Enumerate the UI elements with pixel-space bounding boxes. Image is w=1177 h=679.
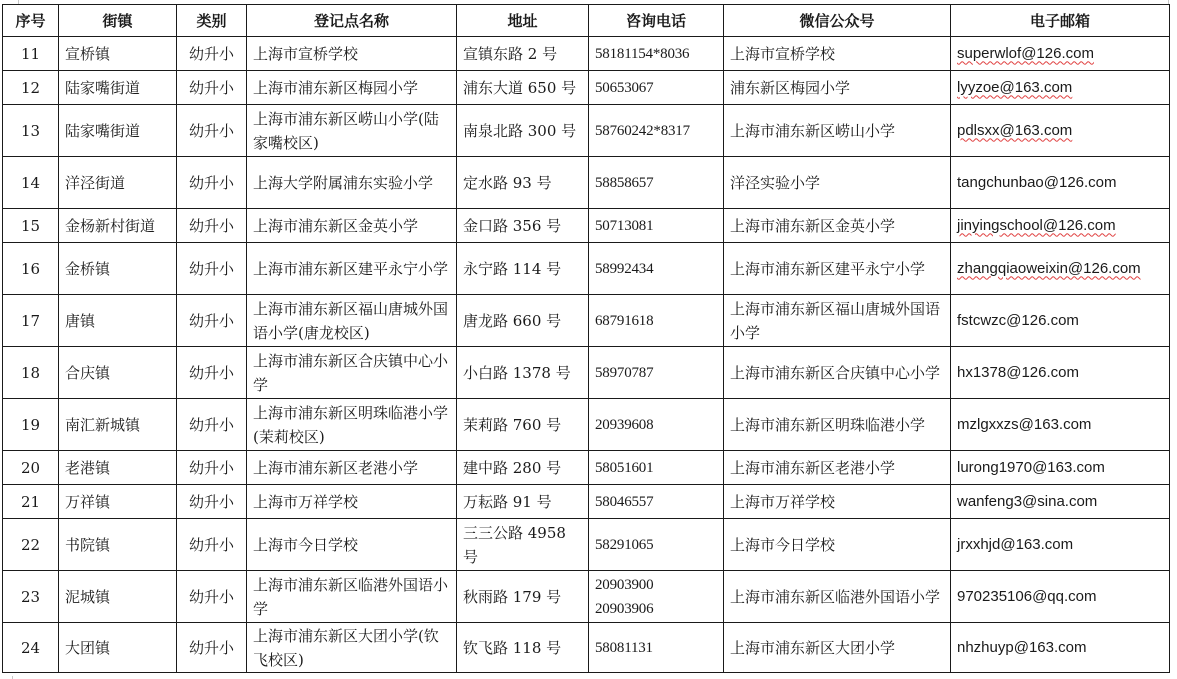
table-row: 16金桥镇幼升小上海市浦东新区建平永宁小学永宁路 114 号58992434上海… xyxy=(3,243,1170,295)
site-name-cell: 上海市浦东新区崂山小学(陆家嘴校区) xyxy=(247,105,457,157)
phone-cell-text: 50713081 xyxy=(595,218,653,234)
address-cell-text: 浦东大道 650 号 xyxy=(463,79,576,97)
type-cell: 幼升小 xyxy=(177,209,247,243)
site-name-cell-text: 上海市浦东新区崂山小学(陆家嘴校区) xyxy=(253,110,439,152)
wechat-cell-text: 上海市浦东新区老港小学 xyxy=(730,459,895,477)
address-cell: 小白路 1378 号 xyxy=(457,347,589,399)
email-cell: lyyzoe@163.com xyxy=(951,71,1170,105)
phone-cell: 58992434 xyxy=(589,243,724,295)
email-cell-text: 970235106@qq.com xyxy=(957,588,1097,605)
email-cell-text: lurong1970@163.com xyxy=(957,459,1105,476)
address-cell: 南泉北路 300 号 xyxy=(457,105,589,157)
site-name-cell: 上海市浦东新区金英小学 xyxy=(247,209,457,243)
address-cell: 宣镇东路 2 号 xyxy=(457,37,589,71)
row-number: 21 xyxy=(3,485,59,519)
wechat-cell: 上海市浦东新区大团小学 xyxy=(724,623,951,673)
site-name-cell-text: 上海市万祥学校 xyxy=(253,493,358,511)
row-number-text: 19 xyxy=(21,416,40,434)
row-number-text: 15 xyxy=(21,217,40,235)
wechat-cell: 上海市万祥学校 xyxy=(724,485,951,519)
email-cell: nhzhuyp@163.com xyxy=(951,623,1170,673)
type-cell-text: 幼升小 xyxy=(189,459,234,477)
address-cell: 浦东大道 650 号 xyxy=(457,71,589,105)
town-cell: 金桥镇 xyxy=(59,243,177,295)
site-name-cell: 上海市浦东新区老港小学 xyxy=(247,451,457,485)
site-name-cell-text: 上海市浦东新区建平永宁小学 xyxy=(253,260,448,278)
address-cell-text: 宣镇东路 2 号 xyxy=(463,45,557,63)
town-cell-text: 洋泾街道 xyxy=(65,174,125,192)
email-cell: jinyingschool@126.com xyxy=(951,209,1170,243)
wechat-cell: 上海市浦东新区建平永宁小学 xyxy=(724,243,951,295)
wechat-cell: 上海市浦东新区老港小学 xyxy=(724,451,951,485)
town-cell-text: 合庆镇 xyxy=(65,364,110,382)
phone-cell: 20939608 xyxy=(589,399,724,451)
phone-cell: 58046557 xyxy=(589,485,724,519)
row-number: 19 xyxy=(3,399,59,451)
type-cell-text: 幼升小 xyxy=(189,122,234,140)
town-cell: 南汇新城镇 xyxy=(59,399,177,451)
phone-cell: 58760242*8317 xyxy=(589,105,724,157)
site-name-cell-text: 上海市浦东新区梅园小学 xyxy=(253,79,418,97)
email-cell: zhangqiaoweixin@126.com xyxy=(951,243,1170,295)
email-cell: fstcwzc@126.com xyxy=(951,295,1170,347)
town-cell: 大团镇 xyxy=(59,623,177,673)
site-name-cell-text: 上海市浦东新区金英小学 xyxy=(253,217,418,235)
email-cell: wanfeng3@sina.com xyxy=(951,485,1170,519)
phone-cell-text: 58992434 xyxy=(595,261,653,277)
type-cell: 幼升小 xyxy=(177,451,247,485)
email-cell-text: tangchunbao@126.com xyxy=(957,174,1117,191)
town-cell: 书院镇 xyxy=(59,519,177,571)
row-number: 17 xyxy=(3,295,59,347)
email-cell-text: nhzhuyp@163.com xyxy=(957,639,1086,656)
type-cell-text: 幼升小 xyxy=(189,260,234,278)
address-cell-text: 茉莉路 760 号 xyxy=(463,416,561,434)
header-email: 电子邮箱 xyxy=(951,5,1170,37)
site-name-cell-text: 上海市浦东新区老港小学 xyxy=(253,459,418,477)
town-cell-text: 金杨新村街道 xyxy=(65,217,155,235)
header-type: 类别 xyxy=(177,5,247,37)
table-row: 14洋泾街道幼升小上海大学附属浦东实验小学定水路 93 号58858657洋泾实… xyxy=(3,157,1170,209)
row-number: 15 xyxy=(3,209,59,243)
row-number: 24 xyxy=(3,623,59,673)
phone-cell: 50653067 xyxy=(589,71,724,105)
header-address: 地址 xyxy=(457,5,589,37)
row-number: 18 xyxy=(3,347,59,399)
row-number-text: 11 xyxy=(21,45,40,63)
wechat-cell-text: 上海市浦东新区明珠临港小学 xyxy=(730,416,925,434)
address-cell-text: 秋雨路 179 号 xyxy=(463,588,561,606)
wechat-cell-text: 上海市浦东新区福山唐城外国语小学 xyxy=(730,300,940,342)
site-name-cell: 上海市宣桥学校 xyxy=(247,37,457,71)
table-row: 12陆家嘴街道幼升小上海市浦东新区梅园小学浦东大道 650 号50653067浦… xyxy=(3,71,1170,105)
wechat-cell-text: 上海市浦东新区金英小学 xyxy=(730,217,895,235)
wechat-cell: 上海市浦东新区金英小学 xyxy=(724,209,951,243)
email-cell: tangchunbao@126.com xyxy=(951,157,1170,209)
email-cell: pdlsxx@163.com xyxy=(951,105,1170,157)
row-number: 20 xyxy=(3,451,59,485)
type-cell-text: 幼升小 xyxy=(189,536,234,554)
row-number: 22 xyxy=(3,519,59,571)
registration-table: 序号 街镇 类别 登记点名称 地址 咨询电话 微信公众号 电子邮箱 11宣桥镇幼… xyxy=(2,4,1170,673)
address-cell-text: 南泉北路 300 号 xyxy=(463,122,576,140)
type-cell: 幼升小 xyxy=(177,485,247,519)
site-name-cell-text: 上海市浦东新区临港外国语小学 xyxy=(253,576,448,618)
wechat-cell-text: 上海市浦东新区临港外国语小学 xyxy=(730,588,940,606)
town-cell: 陆家嘴街道 xyxy=(59,71,177,105)
wechat-cell: 上海市浦东新区崂山小学 xyxy=(724,105,951,157)
type-cell-text: 幼升小 xyxy=(189,639,234,657)
site-name-cell-text: 上海市浦东新区合庆镇中心小学 xyxy=(253,352,448,394)
wechat-cell: 上海市浦东新区福山唐城外国语小学 xyxy=(724,295,951,347)
row-number: 16 xyxy=(3,243,59,295)
header-phone: 咨询电话 xyxy=(589,5,724,37)
header-site-name: 登记点名称 xyxy=(247,5,457,37)
phone-cell-text: 68791618 xyxy=(595,313,653,329)
site-name-cell-text: 上海市浦东新区大团小学(钦飞校区) xyxy=(253,627,439,669)
town-cell-text: 金桥镇 xyxy=(65,260,110,278)
type-cell-text: 幼升小 xyxy=(189,364,234,382)
type-cell-text: 幼升小 xyxy=(189,217,234,235)
phone-number: 20903900 xyxy=(595,573,717,597)
phone-cell: 58081131 xyxy=(589,623,724,673)
wechat-cell-text: 上海市浦东新区大团小学 xyxy=(730,639,895,657)
town-cell-text: 宣桥镇 xyxy=(65,45,110,63)
wechat-cell: 浦东新区梅园小学 xyxy=(724,71,951,105)
address-cell-text: 三三公路 4958 号 xyxy=(463,524,566,566)
row-number: 13 xyxy=(3,105,59,157)
phone-cell-text: 50653067 xyxy=(595,80,653,96)
table-row: 21万祥镇幼升小上海市万祥学校万耘路 91 号58046557上海市万祥学校wa… xyxy=(3,485,1170,519)
wechat-cell-text: 上海市浦东新区合庆镇中心小学 xyxy=(730,364,940,382)
wechat-cell: 上海市浦东新区临港外国语小学 xyxy=(724,571,951,623)
row-number-text: 23 xyxy=(21,588,40,606)
wechat-cell: 洋泾实验小学 xyxy=(724,157,951,209)
address-cell: 万耘路 91 号 xyxy=(457,485,589,519)
site-name-cell: 上海市浦东新区福山唐城外国语小学(唐龙校区) xyxy=(247,295,457,347)
row-number-text: 12 xyxy=(21,79,40,97)
wechat-cell-text: 上海市万祥学校 xyxy=(730,493,835,511)
header-no: 序号 xyxy=(3,5,59,37)
address-cell: 秋雨路 179 号 xyxy=(457,571,589,623)
row-number: 12 xyxy=(3,71,59,105)
phone-cell-text: 58291065 xyxy=(595,537,653,553)
row-number-text: 14 xyxy=(21,174,40,192)
town-cell-text: 大团镇 xyxy=(65,639,110,657)
phone-cell: 58858657 xyxy=(589,157,724,209)
wechat-cell-text: 上海市宣桥学校 xyxy=(730,45,835,63)
address-cell-text: 永宁路 114 号 xyxy=(463,260,561,278)
type-cell: 幼升小 xyxy=(177,571,247,623)
town-cell: 金杨新村街道 xyxy=(59,209,177,243)
wechat-cell: 上海市宣桥学校 xyxy=(724,37,951,71)
site-name-cell-text: 上海市浦东新区明珠临港小学(茉莉校区) xyxy=(253,404,448,446)
town-cell: 泥城镇 xyxy=(59,571,177,623)
type-cell: 幼升小 xyxy=(177,71,247,105)
phone-cell-text: 58046557 xyxy=(595,494,653,510)
town-cell: 老港镇 xyxy=(59,451,177,485)
type-cell: 幼升小 xyxy=(177,519,247,571)
email-cell: mzlgxxzs@163.com xyxy=(951,399,1170,451)
address-cell: 永宁路 114 号 xyxy=(457,243,589,295)
town-cell-text: 唐镇 xyxy=(65,312,95,330)
site-name-cell: 上海市浦东新区梅园小学 xyxy=(247,71,457,105)
table-row: 23泥城镇幼升小上海市浦东新区临港外国语小学秋雨路 179 号209039002… xyxy=(3,571,1170,623)
row-number-text: 24 xyxy=(21,639,40,657)
address-cell-text: 金口路 356 号 xyxy=(463,217,561,235)
phone-cell: 58051601 xyxy=(589,451,724,485)
type-cell: 幼升小 xyxy=(177,243,247,295)
row-number-text: 22 xyxy=(21,536,40,554)
type-cell: 幼升小 xyxy=(177,623,247,673)
header-wechat: 微信公众号 xyxy=(724,5,951,37)
email-cell-text: superwlof@126.com xyxy=(957,45,1094,62)
email-cell: 970235106@qq.com xyxy=(951,571,1170,623)
phone-cell-text: 58081131 xyxy=(595,640,653,656)
table-body: 11宣桥镇幼升小上海市宣桥学校宣镇东路 2 号58181154*8036上海市宣… xyxy=(3,37,1170,673)
wechat-cell-text: 上海市浦东新区建平永宁小学 xyxy=(730,260,925,278)
address-cell: 建中路 280 号 xyxy=(457,451,589,485)
table-row: 18合庆镇幼升小上海市浦东新区合庆镇中心小学小白路 1378 号58970787… xyxy=(3,347,1170,399)
table-row: 11宣桥镇幼升小上海市宣桥学校宣镇东路 2 号58181154*8036上海市宣… xyxy=(3,37,1170,71)
address-cell: 三三公路 4958 号 xyxy=(457,519,589,571)
town-cell-text: 陆家嘴街道 xyxy=(65,122,140,140)
address-cell: 钦飞路 118 号 xyxy=(457,623,589,673)
type-cell-text: 幼升小 xyxy=(189,45,234,63)
email-cell-text: jinyingschool@126.com xyxy=(957,217,1116,234)
phone-cell: 50713081 xyxy=(589,209,724,243)
address-cell-text: 万耘路 91 号 xyxy=(463,493,552,511)
type-cell-text: 幼升小 xyxy=(189,588,234,606)
town-cell: 宣桥镇 xyxy=(59,37,177,71)
wechat-cell: 上海市浦东新区明珠临港小学 xyxy=(724,399,951,451)
wechat-cell: 上海市今日学校 xyxy=(724,519,951,571)
town-cell-text: 泥城镇 xyxy=(65,588,110,606)
type-cell-text: 幼升小 xyxy=(189,312,234,330)
email-cell-text: zhangqiaoweixin@126.com xyxy=(957,260,1141,277)
wechat-cell-text: 上海市浦东新区崂山小学 xyxy=(730,122,895,140)
type-cell: 幼升小 xyxy=(177,295,247,347)
table-row: 13陆家嘴街道幼升小上海市浦东新区崂山小学(陆家嘴校区)南泉北路 300 号58… xyxy=(3,105,1170,157)
site-name-cell: 上海市今日学校 xyxy=(247,519,457,571)
email-cell: hx1378@126.com xyxy=(951,347,1170,399)
email-cell-text: lyyzoe@163.com xyxy=(957,79,1072,96)
type-cell: 幼升小 xyxy=(177,157,247,209)
row-number: 14 xyxy=(3,157,59,209)
row-number-text: 16 xyxy=(21,260,40,278)
town-cell: 陆家嘴街道 xyxy=(59,105,177,157)
table-row: 19南汇新城镇幼升小上海市浦东新区明珠临港小学(茉莉校区)茉莉路 760 号20… xyxy=(3,399,1170,451)
site-name-cell: 上海市浦东新区临港外国语小学 xyxy=(247,571,457,623)
type-cell-text: 幼升小 xyxy=(189,174,234,192)
address-cell: 茉莉路 760 号 xyxy=(457,399,589,451)
phone-cell: 68791618 xyxy=(589,295,724,347)
town-cell-text: 陆家嘴街道 xyxy=(65,79,140,97)
site-name-cell-text: 上海大学附属浦东实验小学 xyxy=(253,174,433,192)
phone-cell-text: 58181154*8036 xyxy=(595,46,689,62)
table-row: 22书院镇幼升小上海市今日学校三三公路 4958 号58291065上海市今日学… xyxy=(3,519,1170,571)
site-name-cell: 上海市浦东新区明珠临港小学(茉莉校区) xyxy=(247,399,457,451)
address-cell-text: 钦飞路 118 号 xyxy=(463,639,561,657)
phone-number: 20903906 xyxy=(595,597,717,621)
town-cell: 合庆镇 xyxy=(59,347,177,399)
table-row: 15金杨新村街道幼升小上海市浦东新区金英小学金口路 356 号50713081上… xyxy=(3,209,1170,243)
town-cell-text: 书院镇 xyxy=(65,536,110,554)
table-row: 17唐镇幼升小上海市浦东新区福山唐城外国语小学(唐龙校区)唐龙路 660 号68… xyxy=(3,295,1170,347)
row-number-text: 17 xyxy=(21,312,40,330)
table-row: 20老港镇幼升小上海市浦东新区老港小学建中路 280 号58051601上海市浦… xyxy=(3,451,1170,485)
email-cell: jrxxhjd@163.com xyxy=(951,519,1170,571)
wechat-cell-text: 浦东新区梅园小学 xyxy=(730,79,850,97)
site-name-cell-text: 上海市宣桥学校 xyxy=(253,45,358,63)
email-cell: lurong1970@163.com xyxy=(951,451,1170,485)
site-name-cell-text: 上海市浦东新区福山唐城外国语小学(唐龙校区) xyxy=(253,300,448,342)
site-name-cell: 上海市万祥学校 xyxy=(247,485,457,519)
type-cell: 幼升小 xyxy=(177,399,247,451)
table-row: 24大团镇幼升小上海市浦东新区大团小学(钦飞校区)钦飞路 118 号580811… xyxy=(3,623,1170,673)
row-number: 23 xyxy=(3,571,59,623)
row-number-text: 18 xyxy=(21,364,40,382)
row-number-text: 20 xyxy=(21,459,40,477)
type-cell-text: 幼升小 xyxy=(189,79,234,97)
address-cell-text: 建中路 280 号 xyxy=(463,459,561,477)
site-name-cell: 上海市浦东新区建平永宁小学 xyxy=(247,243,457,295)
email-cell-text: hx1378@126.com xyxy=(957,364,1079,381)
email-cell-text: wanfeng3@sina.com xyxy=(957,493,1097,510)
address-cell: 金口路 356 号 xyxy=(457,209,589,243)
email-cell: superwlof@126.com xyxy=(951,37,1170,71)
phone-cell-text: 58970787 xyxy=(595,365,653,381)
site-name-cell: 上海市浦东新区大团小学(钦飞校区) xyxy=(247,623,457,673)
type-cell-text: 幼升小 xyxy=(189,416,234,434)
email-cell-text: mzlgxxzs@163.com xyxy=(957,416,1091,433)
phone-cell: 58291065 xyxy=(589,519,724,571)
row-number: 11 xyxy=(3,37,59,71)
row-number-text: 13 xyxy=(21,122,40,140)
type-cell: 幼升小 xyxy=(177,37,247,71)
town-cell-text: 南汇新城镇 xyxy=(65,416,140,434)
header-town: 街镇 xyxy=(59,5,177,37)
type-cell: 幼升小 xyxy=(177,347,247,399)
address-cell-text: 小白路 1378 号 xyxy=(463,364,571,382)
type-cell: 幼升小 xyxy=(177,105,247,157)
email-cell-text: jrxxhjd@163.com xyxy=(957,536,1073,553)
header-row: 序号 街镇 类别 登记点名称 地址 咨询电话 微信公众号 电子邮箱 xyxy=(3,5,1170,37)
wechat-cell-text: 上海市今日学校 xyxy=(730,536,835,554)
site-name-cell: 上海大学附属浦东实验小学 xyxy=(247,157,457,209)
type-cell-text: 幼升小 xyxy=(189,493,234,511)
town-cell: 万祥镇 xyxy=(59,485,177,519)
wechat-cell: 上海市浦东新区合庆镇中心小学 xyxy=(724,347,951,399)
row-number-text: 21 xyxy=(21,493,40,511)
phone-cell-text: 20939608 xyxy=(595,417,653,433)
town-cell: 唐镇 xyxy=(59,295,177,347)
email-cell-text: pdlsxx@163.com xyxy=(957,122,1072,139)
phone-cell: 58970787 xyxy=(589,347,724,399)
site-name-cell: 上海市浦东新区合庆镇中心小学 xyxy=(247,347,457,399)
address-cell: 定水路 93 号 xyxy=(457,157,589,209)
address-cell-text: 定水路 93 号 xyxy=(463,174,552,192)
town-cell-text: 万祥镇 xyxy=(65,493,110,511)
address-cell-text: 唐龙路 660 号 xyxy=(463,312,561,330)
site-name-cell-text: 上海市今日学校 xyxy=(253,536,358,554)
phone-cell: 58181154*8036 xyxy=(589,37,724,71)
address-cell: 唐龙路 660 号 xyxy=(457,295,589,347)
phone-cell-text: 58760242*8317 xyxy=(595,123,690,139)
town-cell: 洋泾街道 xyxy=(59,157,177,209)
town-cell-text: 老港镇 xyxy=(65,459,110,477)
phone-cell: 2090390020903906 xyxy=(589,571,724,623)
wechat-cell-text: 洋泾实验小学 xyxy=(730,174,820,192)
email-cell-text: fstcwzc@126.com xyxy=(957,312,1079,329)
phone-cell-text: 58051601 xyxy=(595,460,653,476)
phone-cell-text: 58858657 xyxy=(595,175,653,191)
